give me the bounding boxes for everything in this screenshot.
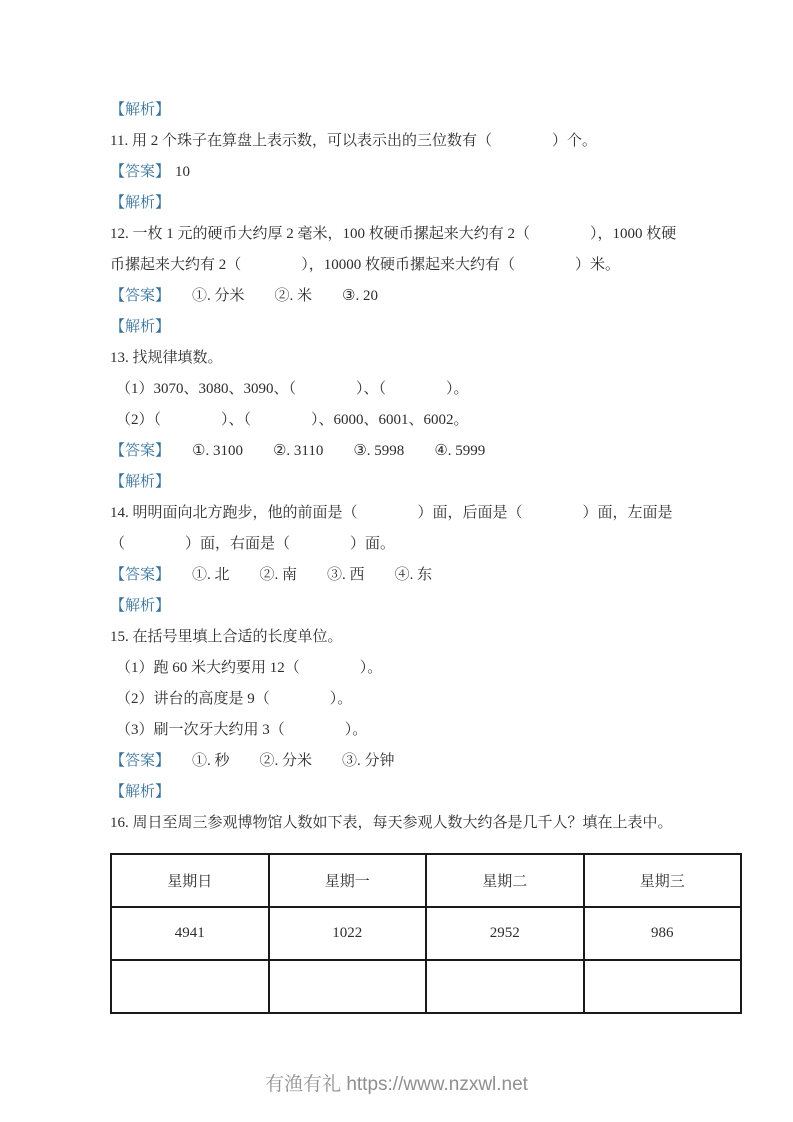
answer-line-15: 【答案】①. 秒②. 分米③. 分钟 xyxy=(110,746,690,777)
question-15-text: 15. 在括号里填上合适的长度单位。 xyxy=(110,622,690,653)
answer-item: ②. 3110 xyxy=(273,443,323,459)
table-header-cell: 星期二 xyxy=(426,854,584,907)
answer-item: ①. 北 xyxy=(192,567,230,583)
analysis-line: 【解析】 xyxy=(110,188,690,219)
answer-item: ①. 秒 xyxy=(192,753,230,769)
table-header-cell: 星期一 xyxy=(269,854,427,907)
answer-item: ④. 东 xyxy=(395,567,433,583)
answer-value-11: 10 xyxy=(175,164,190,180)
footer-watermark-text: 有渔有礼 https://www.nzxwl.net xyxy=(265,1074,528,1095)
answer-item: ②. 南 xyxy=(260,567,298,583)
museum-visitors-table: 星期日 星期一 星期二 星期三 4941 1022 2952 986 xyxy=(110,853,742,1014)
answer-line-11: 【答案】10 xyxy=(110,157,690,188)
table-header-row: 星期日 星期一 星期二 星期三 xyxy=(111,854,741,907)
question-13-part-2: （2）（ ）、（ ）、6000、6001、6002。 xyxy=(110,405,696,436)
analysis-line: 【解析】 xyxy=(110,95,690,126)
question-13-part-1: （1）3070、3080、3090、（ ）、（ ）。 xyxy=(110,374,696,405)
analysis-label: 【解析】 xyxy=(110,195,170,211)
analysis-line: 【解析】 xyxy=(110,777,690,808)
answer-item: ③. 分钟 xyxy=(342,753,395,769)
question-15-part-2: （2）讲台的高度是 9（ ）。 xyxy=(110,684,696,715)
table-header-cell: 星期日 xyxy=(111,854,269,907)
answer-item: ③. 西 xyxy=(327,567,365,583)
answer-line-14: 【答案】①. 北②. 南③. 西④. 东 xyxy=(110,560,690,591)
answer-item: ①. 3100 xyxy=(192,443,243,459)
table-value-cell: 1022 xyxy=(269,907,427,960)
analysis-line: 【解析】 xyxy=(110,467,690,498)
table-blank-cell xyxy=(269,960,427,1013)
analysis-label: 【解析】 xyxy=(110,474,170,490)
table-blank-row xyxy=(111,960,741,1013)
table-value-cell: 4941 xyxy=(111,907,269,960)
question-15-part-3: （3）刷一次牙大约用 3（ ）。 xyxy=(110,715,696,746)
table-values-row: 4941 1022 2952 986 xyxy=(111,907,741,960)
answer-item: ④. 5999 xyxy=(434,443,485,459)
table-value-cell: 2952 xyxy=(426,907,584,960)
answer-item: ③. 5998 xyxy=(353,443,404,459)
question-13-text: 13. 找规律填数。 xyxy=(110,343,690,374)
table-value-cell: 986 xyxy=(584,907,742,960)
answer-label: 【答案】 xyxy=(110,164,170,180)
table-blank-cell xyxy=(426,960,584,1013)
table-blank-cell xyxy=(111,960,269,1013)
analysis-label: 【解析】 xyxy=(110,319,170,335)
analysis-label: 【解析】 xyxy=(110,784,170,800)
worksheet-page: 【解析】 11. 用 2 个珠子在算盘上表示数，可以表示出的三位数有（ ）个。 … xyxy=(0,0,793,1122)
analysis-line: 【解析】 xyxy=(110,591,690,622)
footer-watermark: 有渔有礼 https://www.nzxwl.net xyxy=(0,1069,793,1096)
answer-line-13: 【答案】①. 3100②. 3110③. 5998④. 5999 xyxy=(110,436,690,467)
answer-label: 【答案】 xyxy=(110,753,170,769)
table-blank-cell xyxy=(584,960,742,1013)
answer-label: 【答案】 xyxy=(110,567,170,583)
analysis-label: 【解析】 xyxy=(110,598,170,614)
answer-line-12: 【答案】①. 分米②. 米③. 20 xyxy=(110,281,690,312)
analysis-line: 【解析】 xyxy=(110,312,690,343)
question-15-part-1: （1）跑 60 米大约要用 12（ ）。 xyxy=(110,653,696,684)
answer-item: ③. 20 xyxy=(342,288,378,304)
answer-item: ②. 分米 xyxy=(260,753,313,769)
answer-item: ①. 分米 xyxy=(192,288,245,304)
answer-label: 【答案】 xyxy=(110,288,170,304)
question-11-text: 11. 用 2 个珠子在算盘上表示数，可以表示出的三位数有（ ）个。 xyxy=(110,126,690,157)
question-16-text: 16. 周日至周三参观博物馆人数如下表，每天参观人数大约各是几千人？填在上表中。 xyxy=(110,808,690,839)
table-header-cell: 星期三 xyxy=(584,854,742,907)
question-12-text: 12. 一枚 1 元的硬币大约厚 2 毫米，100 枚硬币摞起来大约有 2（ ）… xyxy=(110,219,690,281)
answer-item: ②. 米 xyxy=(275,288,313,304)
question-14-text: 14. 明明面向北方跑步，他的前面是（ ）面，后面是（ ）面，左面是（ ）面，右… xyxy=(110,498,690,560)
analysis-label: 【解析】 xyxy=(110,102,170,118)
answer-label: 【答案】 xyxy=(110,443,170,459)
